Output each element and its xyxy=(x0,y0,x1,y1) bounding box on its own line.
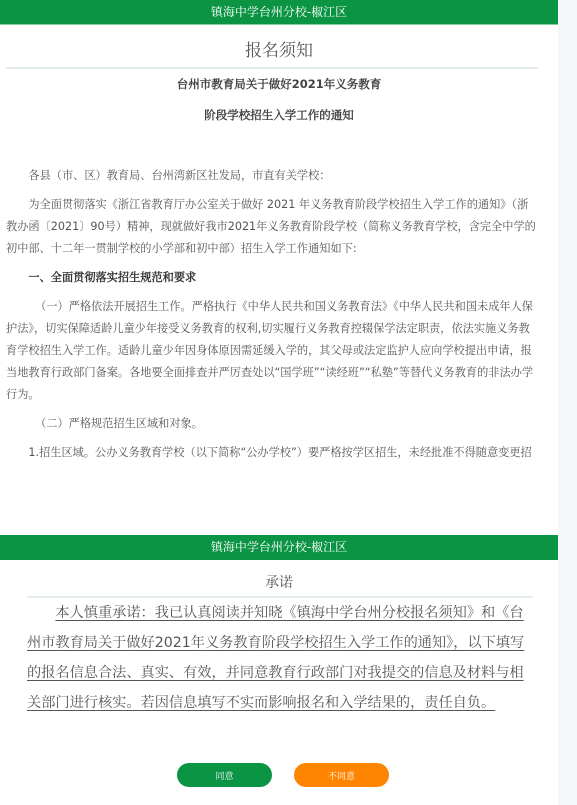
divider xyxy=(6,67,538,69)
agree-button[interactable]: 同意 xyxy=(177,763,272,787)
page: 镇海中学台州分校-椒江区 报名须知 台州市教育局关于做好2021年义务教育 阶段… xyxy=(0,0,558,805)
notice-heading: 一、全面贯彻落实招生规范和要求 xyxy=(6,267,536,289)
notice-paragraph: （二）严格规范招生区域和对象。 xyxy=(6,413,536,435)
notice-paragraph: 为全面贯彻落实《浙江省教育厅办公室关于做好 2021 年义务教育阶段学校招生入学… xyxy=(6,194,536,260)
notice-title: 报名须知 xyxy=(0,36,558,61)
notice-body[interactable]: 各县（市、区）教育局、台州湾新区社发局，市直有关学校： 为全面贯彻落实《浙江省教… xyxy=(6,165,536,471)
pledge-statement: 本人慎重承诺：我已认真阅读并知晓《镇海中学台州分校报名须知》和《台州市教育局关于… xyxy=(27,605,524,711)
notice-paragraph: （一）严格依法开展招生工作。严格执行《中华人民共和国义务教育法》《中华人民共和国… xyxy=(6,296,536,406)
document-title-line1: 台州市教育局关于做好2021年义务教育 xyxy=(0,76,558,92)
pledge-text: 本人慎重承诺：我已认真阅读并知晓《镇海中学台州分校报名须知》和《台州市教育局关于… xyxy=(27,598,537,718)
school-header: 镇海中学台州分校-椒江区 xyxy=(0,0,558,25)
notice-paragraph: 各县（市、区）教育局、台州湾新区社发局，市直有关学校： xyxy=(6,165,536,187)
disagree-button[interactable]: 不同意 xyxy=(294,763,389,787)
document-title-line2: 阶段学校招生入学工作的通知 xyxy=(0,107,558,123)
notice-paragraph: 1.招生区域。公办义务教育学校（以下简称“公办学校”）要严格按学区招生，未经批准… xyxy=(6,442,536,464)
pledge-header: 镇海中学台州分校-椒江区 xyxy=(0,535,558,560)
pledge-title: 承诺 xyxy=(0,572,558,592)
